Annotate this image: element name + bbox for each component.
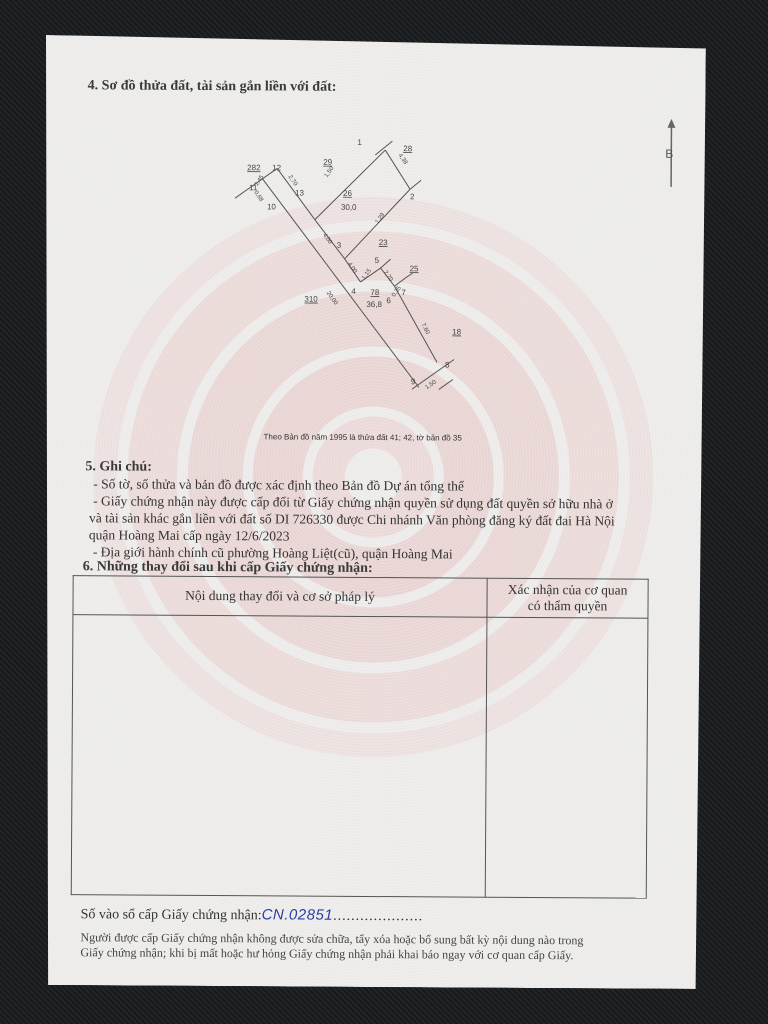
vertex-12: 12 — [272, 163, 282, 172]
header-change-content: Nội dung thay đổi và cơ sở pháp lý — [73, 576, 487, 618]
dim-13-3: 4,00 — [321, 232, 333, 246]
vertex-2: 2 — [410, 192, 415, 201]
vertex-4: 4 — [351, 287, 356, 296]
parcel-310: 310 — [304, 295, 318, 304]
header-authority-line-2: có thẩm quyền — [488, 598, 646, 615]
registration-number: CN.02851 — [262, 906, 334, 923]
vertex-1: 1 — [357, 138, 362, 147]
dim-3-4: 4,00 — [346, 262, 358, 276]
vertex-13: 13 — [295, 189, 305, 198]
vertex-8: 8 — [445, 360, 450, 369]
parcel-29: 29 — [323, 158, 333, 167]
dim-12-13: 2,70 — [286, 174, 298, 188]
vertex-9: 9 — [411, 377, 416, 386]
parcel-26-area: 30,0 — [341, 203, 357, 212]
parcel-25: 25 — [410, 264, 420, 273]
parcel-282: 282 — [247, 163, 261, 172]
registration-dots: .................... — [333, 909, 423, 925]
parcel-map: 1 2 3 4 5 6 7 8 9 10 11 12 13 282 29 28 … — [44, 35, 706, 439]
dim-10-9: 20,00 — [325, 290, 339, 306]
dim-1-2: 4,38 — [397, 153, 409, 167]
header-authority-line-1: Xác nhận của cơ quan — [489, 582, 647, 599]
parcel-78-number: 78 — [370, 288, 380, 297]
registration-line: Số vào sổ cấp Giấy chứng nhận:CN.02851..… — [81, 905, 424, 925]
registration-label: Số vào sổ cấp Giấy chứng nhận: — [81, 907, 262, 923]
warning-notice: Người được cấp Giấy chứng nhận không đượ… — [80, 930, 670, 964]
parcel-26-number: 26 — [343, 189, 353, 198]
parcel-23: 23 — [379, 238, 389, 247]
dim-10-11: 0,68 — [252, 190, 264, 204]
authority-cell — [485, 617, 648, 898]
section-6-title: 6. Những thay đổi sau khi cấp Giấy chứng… — [83, 559, 373, 577]
vertex-6: 6 — [386, 296, 391, 305]
changes-table: Nội dung thay đổi và cơ sở pháp lý Xác n… — [71, 575, 649, 899]
dim-8-9: 1,50 — [425, 379, 439, 391]
vertex-10: 10 — [267, 202, 277, 211]
dim-13-1: 1,50 — [324, 165, 336, 179]
north-label: B — [665, 147, 673, 161]
section-5-title: 5. Ghi chú: — [85, 459, 152, 475]
certificate-page: 4. Sơ đồ thửa đất, tài sản gắn liền với … — [40, 35, 706, 989]
dim-5-6: 2,70 — [382, 270, 394, 284]
header-authority-confirmation: Xác nhận của cơ quan có thẩm quyền — [487, 578, 648, 618]
change-content-cell — [71, 615, 487, 898]
parcel-78-area: 36,8 — [366, 300, 382, 309]
map-caption: Theo Bản đồ năm 1995 là thửa đất 41; 42,… — [264, 432, 462, 442]
parcel-28: 28 — [403, 144, 413, 153]
vertex-3: 3 — [337, 241, 342, 250]
vertex-5: 5 — [375, 256, 380, 265]
dim-2-3: 1,29 — [375, 212, 387, 226]
note-2-cont-2: quận Hoàng Mai cấp ngày 12/6/2023 — [89, 526, 290, 544]
parcel-18: 18 — [452, 327, 462, 336]
